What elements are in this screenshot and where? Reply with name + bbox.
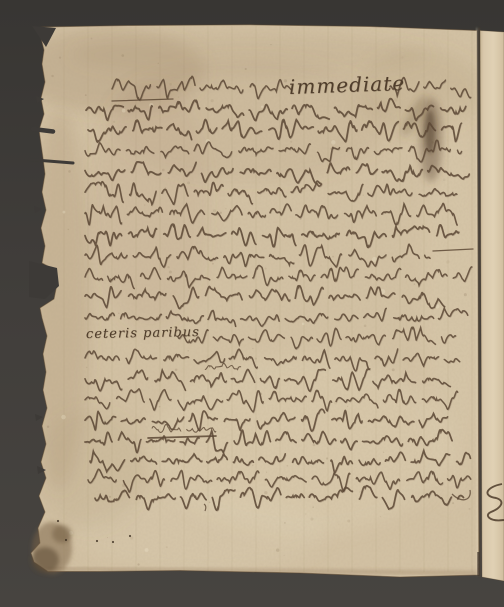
foxing-speck <box>347 520 350 523</box>
foxing-speck <box>106 176 107 177</box>
foxing-speck <box>137 563 139 565</box>
foxing-speck <box>265 268 267 270</box>
foxing-speck <box>162 169 165 172</box>
foxing-speck <box>452 502 454 504</box>
foxing-speck <box>290 141 292 143</box>
foxing-speck <box>252 348 253 349</box>
light-fleck <box>372 257 377 262</box>
foxing-speck <box>68 170 71 173</box>
light-fleck <box>63 211 66 214</box>
foxing-speck <box>347 406 348 407</box>
foxing-speck <box>359 491 361 493</box>
foxing-speck <box>165 187 166 188</box>
foxing-speck <box>364 324 367 327</box>
foxing-speck <box>338 524 339 525</box>
foxing-speck <box>255 358 257 360</box>
foxing-speck <box>187 181 190 184</box>
light-fleck <box>122 109 126 113</box>
foxing-speck <box>225 208 227 210</box>
foxing-speck <box>68 229 69 230</box>
foxing-speck <box>284 555 285 556</box>
foxing-speck <box>276 549 279 552</box>
foxing-speck <box>401 56 403 58</box>
foxing-speck <box>148 377 149 378</box>
stain-speck <box>57 520 59 522</box>
foxing-speck <box>59 57 61 59</box>
second-leaf-edge <box>480 31 504 582</box>
foxing-speck <box>144 204 146 206</box>
stain-speck <box>96 540 98 542</box>
foxing-speck <box>392 368 395 371</box>
foxing-speck <box>209 502 211 504</box>
light-fleck <box>261 106 263 108</box>
foxing-speck <box>158 63 159 64</box>
foxing-speck <box>252 464 254 466</box>
foxing-speck <box>312 506 314 508</box>
manuscript-scan: immediate ceteris paribus <box>0 0 504 607</box>
tear-slit <box>33 129 53 132</box>
foxing-speck <box>394 98 397 101</box>
foxing-speck <box>166 546 168 548</box>
foxing-speck <box>169 83 172 86</box>
foxing-speck <box>266 472 267 473</box>
foxing-speck <box>118 313 120 315</box>
foxing-speck <box>213 209 216 212</box>
foxing-speck <box>310 517 313 520</box>
foxing-speck <box>284 79 287 82</box>
foxing-speck <box>363 195 364 196</box>
foxing-speck <box>167 266 169 268</box>
foxing-speck <box>321 265 322 266</box>
light-fleck <box>61 415 66 420</box>
foxing-speck <box>211 99 214 102</box>
foxing-speck <box>269 125 270 126</box>
foxing-speck <box>383 452 384 453</box>
foxing-speck <box>468 508 470 510</box>
foxing-speck <box>47 426 49 428</box>
stain-speck <box>65 539 67 541</box>
foxing-speck <box>330 148 331 149</box>
foxing-speck <box>305 513 306 514</box>
foxing-speck <box>220 212 222 214</box>
fold-shadow <box>479 28 480 576</box>
foxing-speck <box>464 293 467 296</box>
foxing-speck <box>86 367 87 368</box>
foxing-speck <box>351 308 352 309</box>
foxing-speck <box>446 260 449 263</box>
foxing-speck <box>121 54 124 57</box>
foxing-speck <box>287 465 289 467</box>
foxing-speck <box>426 272 427 273</box>
light-fleck <box>302 322 305 325</box>
foxing-speck <box>109 496 111 498</box>
foxing-speck <box>362 58 363 59</box>
foxing-speck <box>326 457 328 459</box>
foxing-speck <box>168 177 170 179</box>
foxing-speck <box>264 491 267 494</box>
foxing-speck <box>113 121 115 123</box>
foxing-speck <box>187 350 189 352</box>
foxing-speck <box>107 537 108 538</box>
foxing-speck <box>332 256 334 258</box>
foxing-speck <box>245 68 247 70</box>
foxing-speck <box>178 96 180 98</box>
light-fleck <box>331 140 335 144</box>
foxing-speck <box>212 263 214 265</box>
foxing-speck <box>169 270 172 273</box>
foxing-speck <box>51 75 53 77</box>
scan-canvas <box>0 0 504 607</box>
foxing-speck <box>270 44 271 45</box>
foxing-speck <box>85 94 87 96</box>
stain-speck <box>112 541 114 543</box>
foxing-speck <box>284 522 286 524</box>
stain-speck <box>129 535 131 537</box>
foxing-speck <box>414 283 415 284</box>
foxing-speck <box>175 369 178 372</box>
foxing-speck <box>159 406 161 408</box>
light-fleck <box>145 548 149 552</box>
foxing-speck <box>380 516 381 517</box>
foxing-speck <box>91 38 93 40</box>
foxing-speck <box>443 178 446 181</box>
